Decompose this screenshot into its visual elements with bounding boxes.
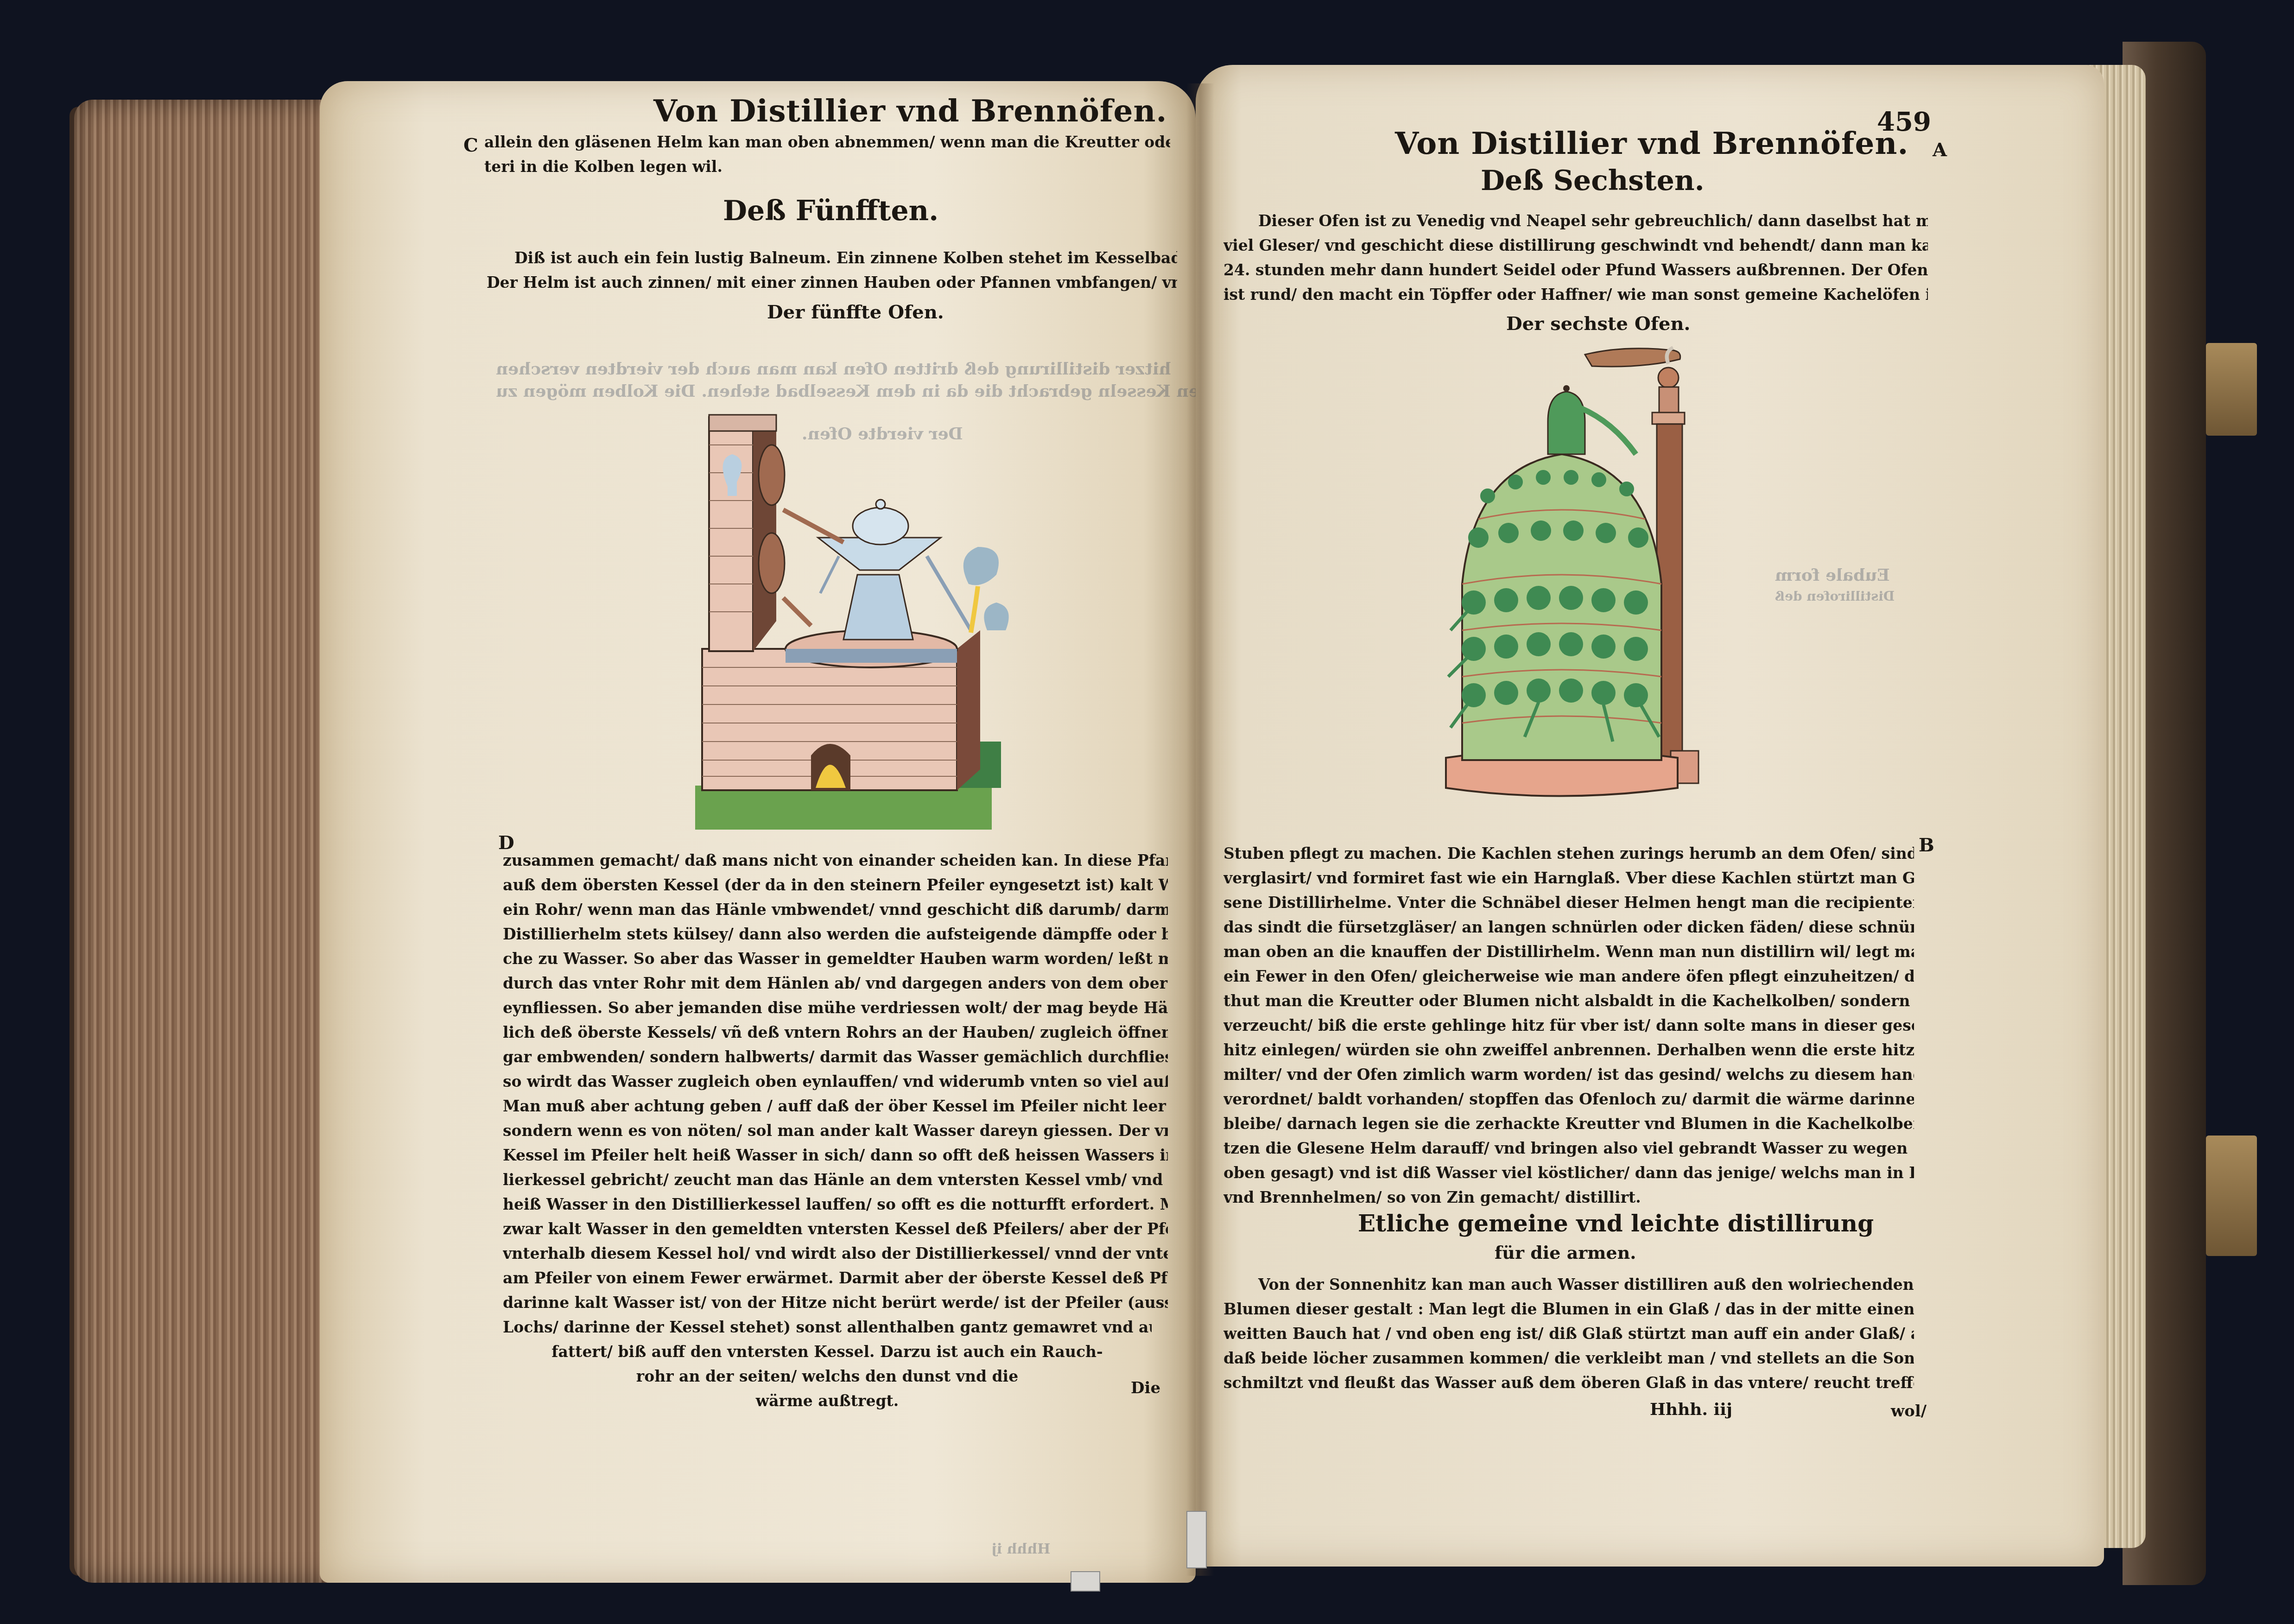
text-line: teri in die Kolben legen wil. [484,154,1170,179]
subheading-easy-distillation: Etliche gemeine vnd leichte distillirung [1358,1210,1874,1237]
right-final-text: Von der Sonnenhitz kan man auch Wasser d… [1223,1272,1914,1395]
text-line: Diß ist auch ein fein lustig Balneum. Ei… [487,246,1177,270]
text-line: daß beide löcher zusammen kommen/ die ve… [1223,1346,1914,1370]
show-through-text-right-2: Distillirofen deß [1775,589,1895,604]
text-line: Kessel im Pfeiler helt heiß Wasser in si… [503,1143,1168,1167]
show-through-text-2: den Kesseln gebracht die da in dem Kesse… [496,381,1211,401]
text-line: Man muß aber achtung geben / auff daß de… [503,1094,1168,1118]
right-body-text: Stuben pflegt zu machen. Die Kachlen ste… [1223,841,1914,1210]
upper-clasp [2206,343,2257,436]
section-heading-sixth: Deß Sechsten. [1481,165,1705,197]
text-line: weitten Bauch hat / vnd oben eng ist/ di… [1223,1321,1914,1346]
text-line: zusammen gemacht/ daß mans nicht von ein… [503,848,1168,873]
right-running-head: Von Distillier vnd Brennöfen. [1395,125,1908,161]
text-line: milter/ vnd der Ofen zimlich warm worden… [1223,1062,1914,1087]
open-book-photograph: hitzer distillirung deß dritten Ofen kan… [0,0,2294,1624]
text-line: Distillierhelm stets külsey/ dann also w… [503,922,1168,946]
text-line: verzeucht/ biß die erste gehlinge hitz f… [1223,1013,1914,1038]
gutter-shadow [1186,83,1214,1576]
text-line: am Pfeiler von einem Fewer erwärmet. Dar… [503,1266,1168,1290]
text-line: sene Distillirhelme. Vnter die Schnäbel … [1223,890,1914,915]
text-line: sondern wenn es von nöten/ sol man ander… [503,1118,1168,1143]
text-line: Lochs/ darinne der Kessel stehet) sonst … [503,1315,1152,1339]
bookmark-tab-left [1071,1571,1100,1592]
text-line: Dieser Ofen ist zu Venedig vnd Neapel se… [1223,209,1928,233]
left-intro-text: allein den gläsenen Helm kan man oben ab… [484,130,1170,179]
text-line: allein den gläsenen Helm kan man oben ab… [484,130,1170,154]
section-heading-fifth: Deß Fünfften. [723,195,938,227]
left-tail-text: Lochs/ darinne der Kessel stehet) sonst … [503,1315,1152,1413]
text-line: vnd Brennhelmen/ so von Zin gemacht/ dis… [1223,1185,1914,1210]
left-body-text: zusammen gemacht/ daß mans nicht von ein… [503,848,1168,1315]
text-line: thut man die Kreutter oder Blumen nicht … [1223,989,1914,1013]
text-line: rohr an der seiten/ welchs den dunst vnd… [503,1364,1152,1389]
text-line: Von der Sonnenhitz kan man auch Wasser d… [1223,1272,1914,1297]
text-line: gar embwenden/ sondern halbwerts/ darmit… [503,1045,1168,1069]
text-line: che zu Wasser. So aber das Wasser in gem… [503,946,1168,971]
text-line: Stuben pflegt zu machen. Die Kachlen ste… [1223,841,1914,866]
left-running-head: Von Distillier vnd Brennöfen. [653,93,1167,129]
signature-mark: Hhhh. iij [1650,1400,1732,1419]
text-line: vnterhalb diesem Kessel hol/ vnd wirdt a… [503,1241,1168,1266]
text-line: bleibe/ darnach legen sie die zerhackte … [1223,1111,1914,1136]
text-line: Blumen dieser gestalt : Man legt die Blu… [1223,1297,1914,1321]
show-through-text-1: hitzer distillirung deß dritten Ofen kan… [496,359,1171,379]
margin-marker-a: A [1933,139,1947,161]
text-line: verglasirt/ vnd formiret fast wie ein Ha… [1223,866,1914,890]
left-catchword: Die [1131,1379,1160,1397]
margin-marker-c: C [463,134,478,156]
show-through-text-right-1: Eubale form [1775,565,1890,585]
right-section-text: Dieser Ofen ist zu Venedig vnd Neapel se… [1223,209,1928,307]
text-line: hitz einlegen/ würden sie ohn zweiffel a… [1223,1038,1914,1062]
text-line: das sindt die fürsetzgläser/ an langen s… [1223,915,1914,939]
text-line: viel Gleser/ vnd geschicht diese distill… [1223,233,1928,258]
text-line: ist rund/ den macht ein Töpffer oder Haf… [1223,282,1928,307]
text-line: schmiltzt vnd fleußt das Wasser auß dem … [1223,1370,1914,1395]
text-line: durch das vnter Rohr mit dem Hänlen ab/ … [503,971,1168,996]
margin-marker-b: B [1919,834,1934,856]
text-line: auß dem öbersten Kessel (der da in den s… [503,873,1168,897]
text-line: fattert/ biß auff den vntersten Kessel. … [503,1339,1152,1364]
figure-caption-fifth-furnace: Der fünffte Ofen. [767,301,944,323]
text-line: zwar kalt Wasser in den gemeldten vnters… [503,1217,1168,1241]
figure-caption-sixth-furnace: Der sechste Ofen. [1506,313,1690,335]
subheading-for-the-poor: für die armen. [1495,1242,1636,1263]
text-line: heiß Wasser in den Distillierkessel lauf… [503,1192,1168,1217]
lower-clasp [2206,1136,2257,1256]
bookmark-tab-gutter [1186,1511,1207,1568]
text-line: eynfliessen. So aber jemanden dise mühe … [503,996,1168,1020]
fifth-furnace-woodcut [691,399,1015,830]
text-line: man oben an die knauffen der Distillirhe… [1223,939,1914,964]
text-line: ein Fewer in den Ofen/ gleicherweise wie… [1223,964,1914,989]
text-line: lich deß öberste Kessels/ vñ deß vntern … [503,1020,1168,1045]
text-line: verordnet/ baldt vorhanden/ stopffen das… [1223,1087,1914,1111]
text-line: ein Rohr/ wenn man das Hänle vmbwendet/ … [503,897,1168,922]
text-line: darinne kalt Wasser ist/ von der Hitze n… [503,1290,1168,1315]
sixth-furnace-woodcut [1418,343,1743,816]
show-through-signature: Hhhh ij [992,1541,1050,1557]
left-section-text: Diß ist auch ein fein lustig Balneum. Ei… [487,246,1177,295]
text-line: Der Helm ist auch zinnen/ mit einer zinn… [487,270,1177,295]
text-line: 24. stunden mehr dann hundert Seidel ode… [1223,258,1928,282]
text-line: tzen die Glesene Helm darauff/ vnd bring… [1223,1136,1914,1161]
text-line: wärme außtregt. [503,1389,1152,1413]
text-line: lierkessel gebricht/ zeucht man das Hänl… [503,1167,1168,1192]
text-line: oben gesagt) vnd ist diß Wasser viel kös… [1223,1161,1914,1185]
page-number: 459 [1877,107,1931,137]
right-catchword: wol/ [1891,1402,1926,1421]
text-line: so wirdt das Wasser zugleich oben eynlau… [503,1069,1168,1094]
